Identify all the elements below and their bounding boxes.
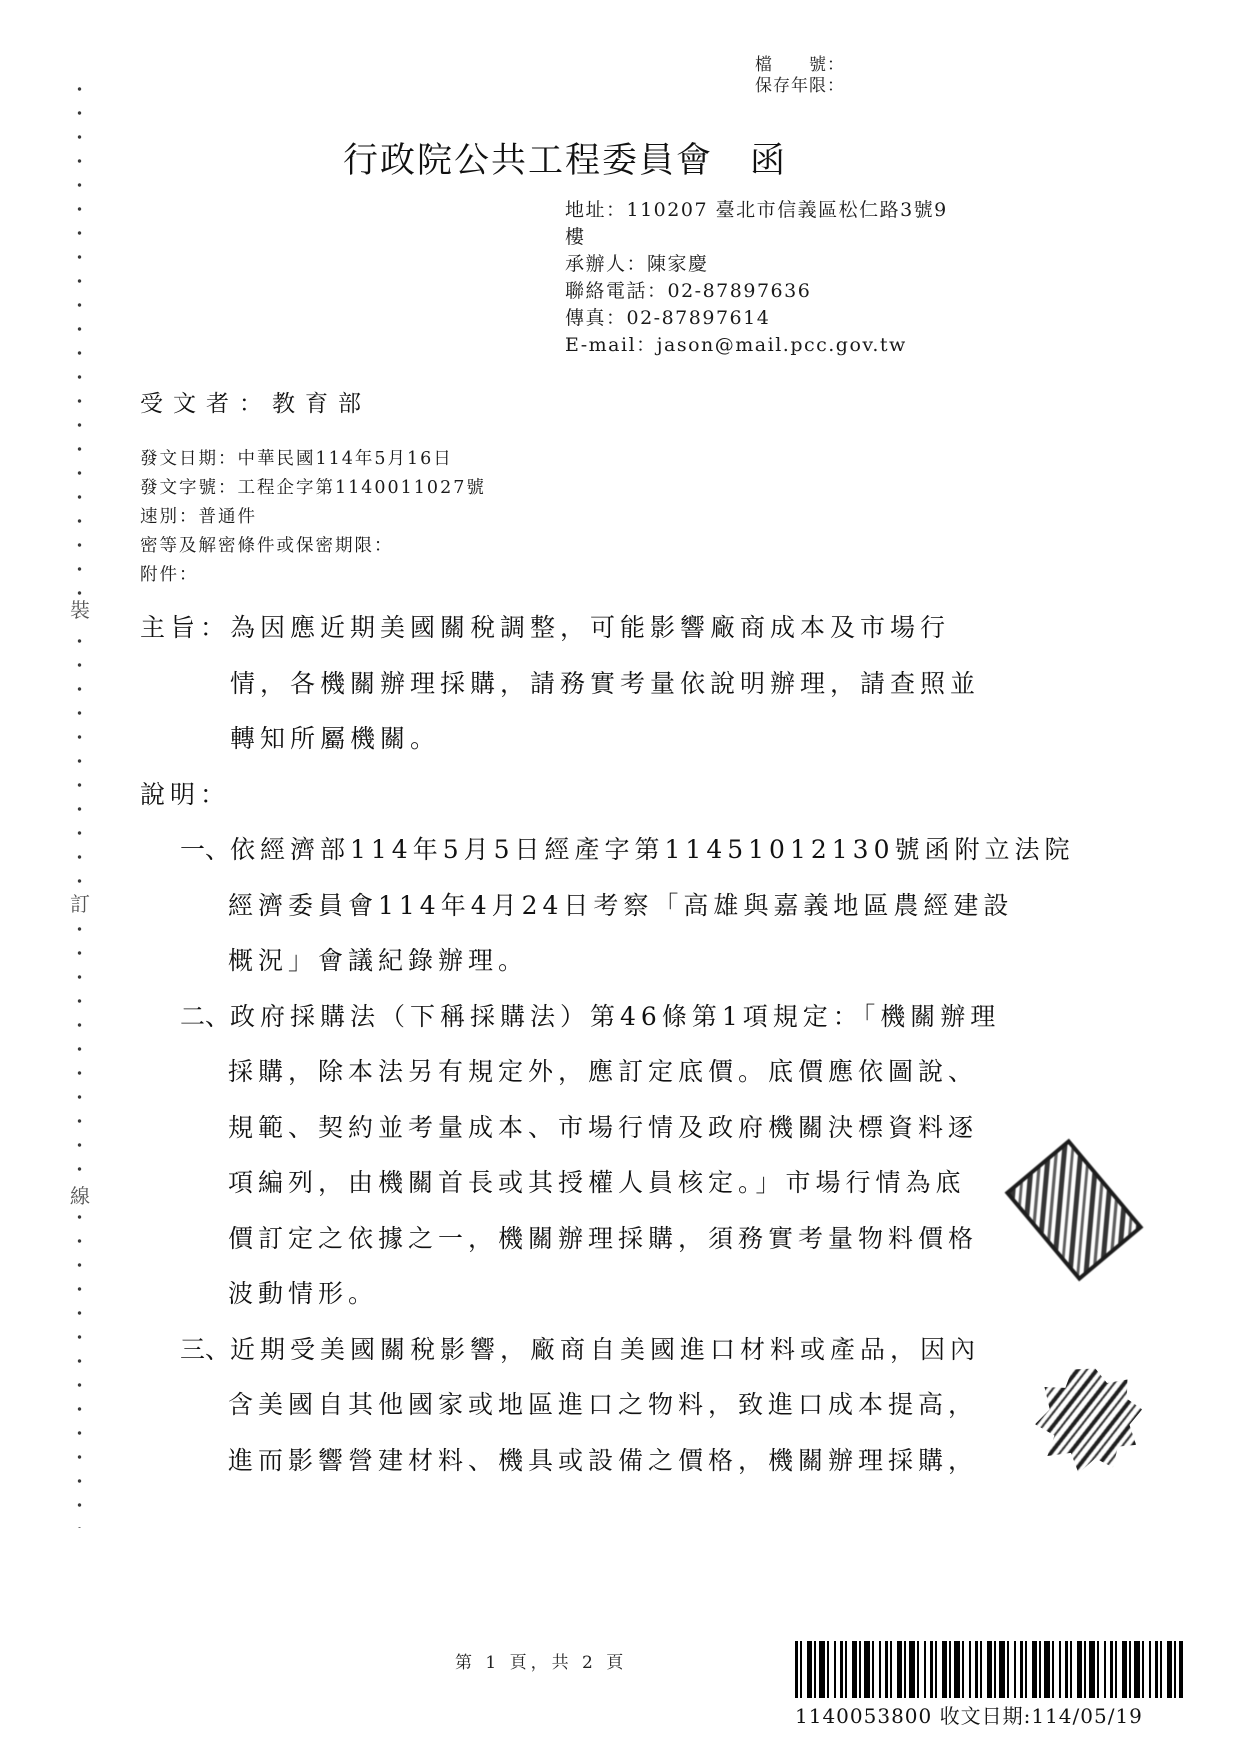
item-3-text-3: 進而影響營建材料、機具或設備之價格，機關辦理採購， — [140, 1433, 1040, 1489]
subject-line: 主旨： 為因應近期美國關稅調整，可能影響廠商成本及市場行 — [140, 600, 1040, 656]
document-meta-block: 發文日期：中華民國114年5月16日 發文字號：工程企字第1140011027號… — [140, 445, 486, 590]
binding-label-xian: 線 — [67, 1184, 93, 1208]
item-2-text-6: 波動情形。 — [140, 1266, 1040, 1322]
description-item-1: 一、 依經濟部114年5月5日經產字第11451012130號函附立法院 — [140, 822, 1040, 878]
recipient-label: 受文者： — [140, 391, 272, 417]
subject-text-2: 情，各機關辦理採購，請務實考量依說明辦理，請查照並 — [140, 656, 1040, 712]
sender-fax: 傳真：02-87897614 — [565, 305, 948, 332]
document-title: 行政院公共工程委員會 函 — [343, 133, 787, 183]
document-page: 裝 訂 線 檔 號： 保存年限： 行政院公共工程委員會 函 地址：110207 … — [0, 0, 1240, 1754]
subject-text-3: 轉知所屬機關。 — [140, 711, 1040, 767]
archive-header: 檔 號： 保存年限： — [755, 55, 845, 97]
subject-label: 主旨： — [140, 600, 230, 656]
barcode-text: 1140053800 收文日期:114/05/19 — [795, 1700, 1187, 1729]
speed-class-line: 速別：普通件 — [140, 503, 486, 532]
retention-period-label: 保存年限： — [755, 76, 845, 97]
received-ink-stamp — [1029, 1361, 1147, 1480]
page-number: 第 1 頁，共 2 頁 — [455, 1648, 627, 1673]
binding-label-zhuang: 裝 — [67, 598, 93, 622]
item-2-text-4: 項編列，由機關首長或其授權人員核定。」市場行情為底 — [140, 1155, 1040, 1211]
item-2-text-3: 規範、契約並考量成本、市場行情及政府機關決標資料逐 — [140, 1100, 1040, 1156]
sender-contact-person: 承辦人：陳家慶 — [565, 251, 948, 278]
item-1-text-3: 概況」會議紀錄辦理。 — [140, 933, 1040, 989]
sender-address-line2: 樓 — [565, 224, 948, 251]
item-1-number: 一、 — [180, 822, 230, 878]
issue-date-line: 發文日期：中華民國114年5月16日 — [140, 445, 486, 474]
sender-info-block: 地址：110207 臺北市信義區松仁路3號9 樓 承辦人：陳家慶 聯絡電話：02… — [565, 197, 948, 359]
barcode-block: 1140053800 收文日期:114/05/19 — [795, 1641, 1187, 1729]
subject-text-1: 為因應近期美國關稅調整，可能影響廠商成本及市場行 — [230, 600, 950, 656]
sender-email: E-mail：jason@mail.pcc.gov.tw — [565, 332, 948, 359]
item-2-number: 二、 — [180, 989, 230, 1045]
document-body: 主旨： 為因應近期美國關稅調整，可能影響廠商成本及市場行 情，各機關辦理採購，請… — [140, 600, 1040, 1488]
item-2-text-2: 採購，除本法另有規定外，應訂定底價。底價應依圖說、 — [140, 1044, 1040, 1100]
binding-dotted-line — [77, 86, 82, 1528]
description-item-3: 三、 近期受美國關稅影響，廠商自美國進口材料或產品，因內 — [140, 1322, 1040, 1378]
item-3-number: 三、 — [180, 1322, 230, 1378]
binding-label-ding: 訂 — [67, 892, 93, 916]
item-3-text-1: 近期受美國關稅影響，廠商自美國進口材料或產品，因內 — [230, 1322, 980, 1378]
security-class-line: 密等及解密條件或保密期限： — [140, 532, 486, 561]
item-2-text-5: 價訂定之依據之一，機關辦理採購，須務實考量物料價格 — [140, 1211, 1040, 1267]
attachment-line: 附件： — [140, 561, 486, 590]
item-3-text-2: 含美國自其他國家或地區進口之物料，致進口成本提高， — [140, 1377, 1040, 1433]
sender-phone: 聯絡電話：02-87897636 — [565, 278, 948, 305]
barcode-icon — [795, 1641, 1183, 1698]
item-1-text-1: 依經濟部114年5月5日經產字第11451012130號函附立法院 — [230, 822, 1075, 878]
recipient-line: 受文者：教育部 — [140, 385, 371, 418]
description-label: 說明： — [140, 767, 1040, 823]
issue-number-line: 發文字號：工程企字第1140011027號 — [140, 474, 486, 503]
file-number-label: 檔 號： — [755, 55, 845, 76]
sender-address-line1: 地址：110207 臺北市信義區松仁路3號9 — [565, 197, 948, 224]
item-2-text-1: 政府採購法（下稱採購法）第46條第1項規定：「機關辦理 — [230, 989, 1000, 1045]
item-1-text-2: 經濟委員會114年4月24日考察「高雄與嘉義地區農經建設 — [140, 878, 1040, 934]
recipient-value: 教育部 — [272, 391, 371, 417]
description-item-2: 二、 政府採購法（下稱採購法）第46條第1項規定：「機關辦理 — [140, 989, 1040, 1045]
